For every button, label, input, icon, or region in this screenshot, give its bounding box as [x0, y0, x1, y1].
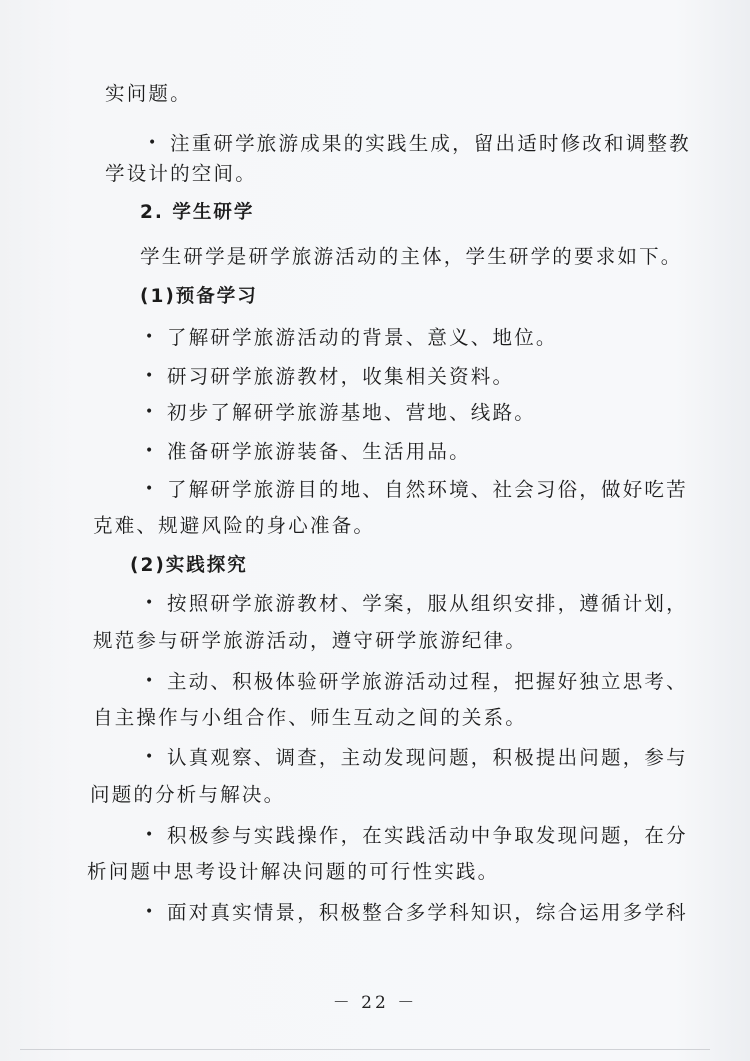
paragraph-line: 自主操作与小组合作、师生互动之间的关系。	[93, 706, 527, 730]
bullet-item: •了解研学旅游活动的背景、意义、地位。	[145, 325, 558, 350]
paragraph-line: 学生研学是研学旅游活动的主体，学生研学的要求如下。	[140, 245, 683, 269]
paragraph-line: 规范参与研学旅游活动，遵守研学旅游纪律。	[93, 629, 527, 653]
line-text: 研习研学旅游教材，收集相关资料。	[167, 365, 514, 388]
bullet-item: •认真观察、调查，主动发现问题，积极提出问题，参与	[145, 745, 688, 770]
scan-mark	[370, 0, 380, 8]
bullet-item: •研习研学旅游教材，收集相关资料。	[145, 364, 514, 389]
line-text: 初步了解研学旅游基地、营地、线路。	[167, 401, 536, 424]
line-text: 按照研学旅游教材、学案，服从组织安排，遵循计划，	[167, 592, 688, 615]
line-text: 自主操作与小组合作、师生互动之间的关系。	[93, 706, 527, 729]
bullet-icon: •	[145, 823, 167, 847]
paragraph-line: 学设计的空间。	[105, 162, 257, 186]
line-text: 学生研学是研学旅游活动的主体，学生研学的要求如下。	[140, 245, 683, 268]
bullet-icon: •	[145, 325, 167, 349]
paragraph-line: 克难、规避风险的身心准备。	[93, 514, 375, 538]
document-page: 实问题。•注重研学旅游成果的实践生成，留出适时修改和调整教学设计的空间。2. 学…	[0, 0, 750, 1061]
page-number: － 22 －	[0, 988, 750, 1013]
bullet-icon: •	[145, 364, 167, 388]
line-text: 主动、积极体验研学旅游活动过程，把握好独立思考、	[167, 670, 688, 693]
bullet-item: •注重研学旅游成果的实践生成，留出适时修改和调整教	[148, 131, 691, 156]
paragraph-line: 问题的分析与解决。	[90, 783, 285, 807]
bullet-icon: •	[145, 745, 167, 769]
bullet-icon: •	[145, 439, 167, 463]
line-text: 认真观察、调查，主动发现问题，积极提出问题，参与	[167, 746, 688, 769]
bullet-item: •初步了解研学旅游基地、营地、线路。	[145, 400, 536, 425]
paragraph-line: 实问题。	[105, 82, 192, 106]
paragraph-line: 析问题中思考设计解决问题的可行性实践。	[87, 860, 499, 884]
section-heading: 2. 学生研学	[140, 201, 254, 225]
bullet-icon: •	[145, 400, 167, 424]
line-text: 面对真实情景，积极整合多学科知识，综合运用多学科	[167, 901, 688, 924]
line-text: 实问题。	[105, 82, 192, 105]
line-text: 克难、规避风险的身心准备。	[93, 514, 375, 537]
line-text: 了解研学旅游活动的背景、意义、地位。	[167, 326, 558, 349]
bullet-icon: •	[145, 669, 167, 693]
scan-edge-line	[20, 1049, 710, 1050]
bullet-item: •积极参与实践操作，在实践活动中争取发现问题，在分	[145, 823, 688, 848]
line-text: 规范参与研学旅游活动，遵守研学旅游纪律。	[93, 629, 527, 652]
bullet-icon: •	[145, 900, 167, 924]
line-text: 问题的分析与解决。	[90, 783, 285, 806]
line-text: 积极参与实践操作，在实践活动中争取发现问题，在分	[167, 824, 688, 847]
bullet-icon: •	[145, 591, 167, 615]
bullet-item: •主动、积极体验研学旅游活动过程，把握好独立思考、	[145, 669, 688, 694]
section-heading: (2)实践探究	[130, 554, 248, 578]
line-text: 注重研学旅游成果的实践生成，留出适时修改和调整教	[170, 132, 691, 155]
line-text: 准备研学旅游装备、生活用品。	[167, 440, 471, 463]
line-text: 析问题中思考设计解决问题的可行性实践。	[87, 860, 499, 883]
bullet-icon: •	[148, 131, 170, 155]
bullet-item: •准备研学旅游装备、生活用品。	[145, 439, 471, 464]
section-heading: (1)预备学习	[140, 285, 258, 309]
line-text: (1)预备学习	[140, 286, 258, 307]
line-text: 学设计的空间。	[105, 162, 257, 185]
bullet-item: •面对真实情景，积极整合多学科知识，综合运用多学科	[145, 900, 688, 925]
bullet-item: •了解研学旅游目的地、自然环境、社会习俗，做好吃苦	[145, 477, 688, 502]
line-text: 了解研学旅游目的地、自然环境、社会习俗，做好吃苦	[167, 478, 688, 501]
bullet-item: •按照研学旅游教材、学案，服从组织安排，遵循计划，	[145, 591, 688, 616]
line-text: 2. 学生研学	[140, 202, 254, 223]
line-text: (2)实践探究	[130, 555, 248, 576]
bullet-icon: •	[145, 477, 167, 501]
